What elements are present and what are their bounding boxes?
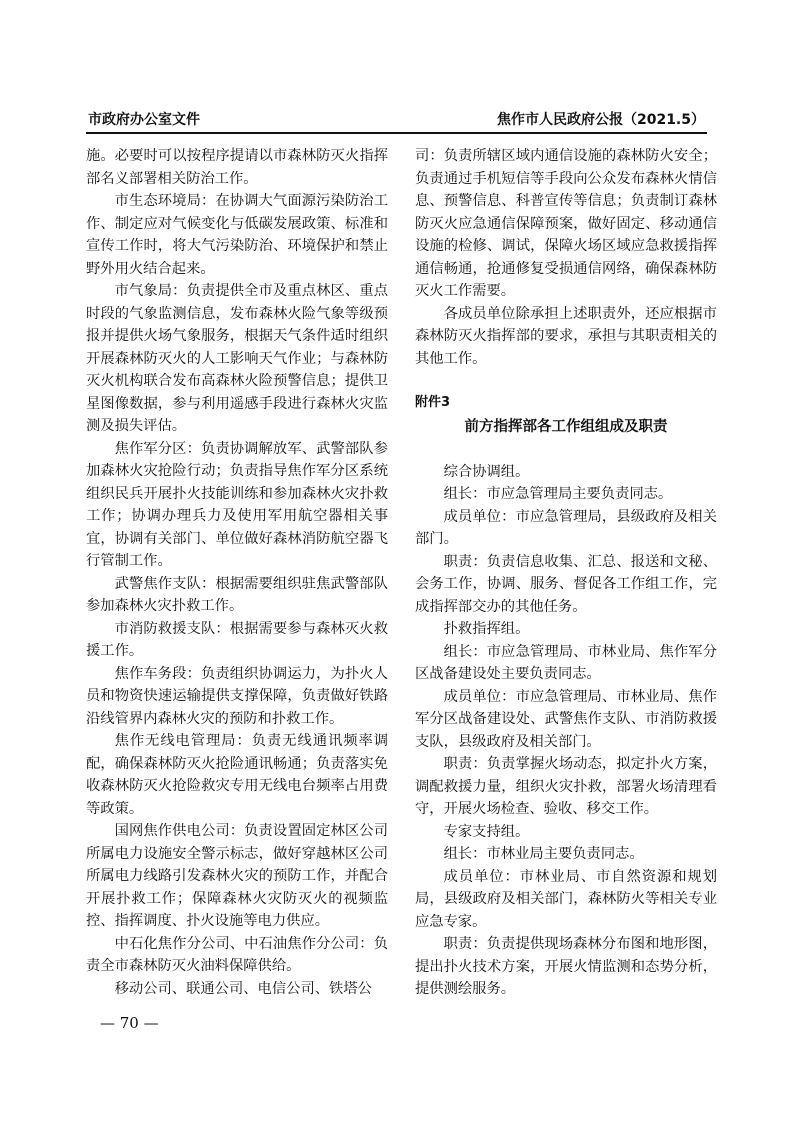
header-rule (86, 132, 707, 134)
paragraph: 移动公司、联通公司、电信公司、铁塔公 (86, 978, 388, 1001)
paragraph: 组长：市应急管理局主要负责同志。 (415, 483, 717, 506)
paragraph: 成员单位：市林业局、市自然资源和规划局，县级政府及相关部门，森林防火等相关专业应… (415, 866, 717, 934)
paragraph: 焦作无线电管理局：负责无线通讯频率调配，确保森林防灭火抢险通讯畅通；负责落实免收… (86, 730, 388, 820)
paragraph: 组长：市林业局主要负责同志。 (415, 843, 717, 866)
paragraph: 成员单位：市应急管理局、市林业局、焦作军分区战备建设处、武警焦作支队、市消防救援… (415, 686, 717, 754)
paragraph: 成员单位：市应急管理局，县级政府及相关部门。 (415, 506, 717, 551)
header-publication-title: 焦作市人民政府公报（2021.5） (497, 110, 705, 130)
paragraph: 职责：负责信息收集、汇总、报送和文秘、会务工作，协调、服务、督促各工作组工作，完… (415, 551, 717, 619)
spacer (415, 439, 717, 461)
paragraph: 职责：负责提供现场森林分布图和地形图，提出扑火技术方案，开展火情监测和态势分析，… (415, 933, 717, 1001)
header-section-title: 市政府办公室文件 (88, 110, 200, 130)
paragraph: 施。必要时可以按程序提请以市森林防灭火指挥部名义部署相关防治工作。 (86, 145, 388, 190)
group-heading: 专家支持组。 (415, 821, 717, 844)
paragraph: 市消防救援支队：根据需要参与森林灭火救援工作。 (86, 618, 388, 663)
right-column: 司：负责所辖区域内通信设施的森林防火安全；负责通过手机短信等手段向公众发布森林火… (415, 145, 717, 1001)
paragraph: 组长：市应急管理局、市林业局、焦作军分区战备建设处主要负责同志。 (415, 641, 717, 686)
group-heading: 扑救指挥组。 (415, 618, 717, 641)
paragraph: 武警焦作支队：根据需要组织驻焦武警部队参加森林火灾扑救工作。 (86, 573, 388, 618)
group-heading: 综合协调组。 (415, 461, 717, 484)
paragraph: 各成员单位除承担上述职责外，还应根据市森林防灭火指挥部的要求，承担与其职责相关的… (415, 303, 717, 371)
left-column: 施。必要时可以按程序提请以市森林防灭火指挥部名义部署相关防治工作。 市生态环境局… (86, 145, 388, 1000)
attachment-label: 附件3 (415, 392, 717, 415)
paragraph: 司：负责所辖区域内通信设施的森林防火安全；负责通过手机短信等手段向公众发布森林火… (415, 145, 717, 303)
paragraph: 市生态环境局：在协调大气面源污染防治工作、制定应对气候变化与低碳发展政策、标准和… (86, 190, 388, 280)
paragraph: 焦作军分区：负责协调解放军、武警部队参加森林火灾抢险行动；负责指导焦作军分区系统… (86, 438, 388, 573)
paragraph: 市气象局：负责提供全市及重点林区、重点时段的气象监测信息，发布森林火险气象等级预… (86, 280, 388, 438)
spacer (415, 370, 717, 392)
paragraph: 职责：负责掌握火场动态，拟定扑火方案，调配救援力量，组织火灾扑救，部署火场清理看… (415, 753, 717, 821)
paragraph: 中石化焦作分公司、中石油焦作分公司：负责全市森林防灭火油料保障供给。 (86, 933, 388, 978)
running-header: 市政府办公室文件 焦作市人民政府公报（2021.5） (86, 110, 707, 132)
attachment-title: 前方指挥部各工作组组成及职责 (415, 415, 717, 439)
paragraph: 国网焦作供电公司：负责设置固定林区公司所属电力设施安全警示标志，做好穿越林区公司… (86, 820, 388, 933)
paragraph: 焦作车务段：负责组织协调运力，为扑火人员和物资快速运输提供支撑保障，负责做好铁路… (86, 663, 388, 731)
page-number: — 70 — (100, 1012, 159, 1034)
